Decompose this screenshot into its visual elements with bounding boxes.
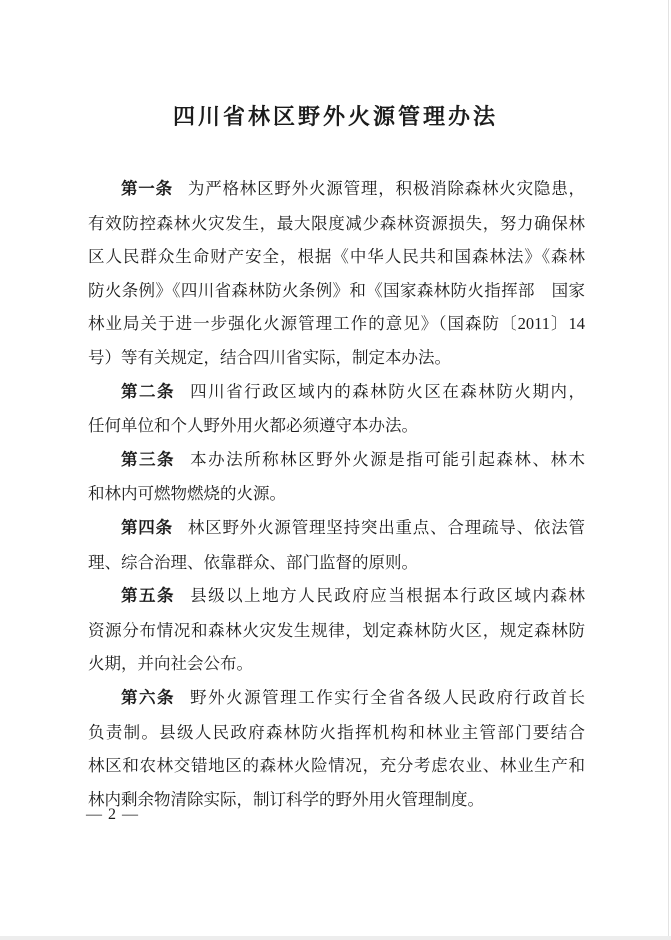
article-4: 第四条林区野外火源管理坚持突出重点、合理疏导、依法管 理、综合治理、依靠群众、部…	[88, 511, 585, 579]
article-line-text: 林区野外火源管理坚持突出重点、合理疏导、依法管	[188, 518, 585, 537]
text-line: 资源分布情况和森林火灾发生规律，划定森林防火区，规定森林防	[88, 614, 585, 648]
document-title: 四川省林区野外火源管理办法	[0, 100, 671, 131]
document-page: 四川省林区野外火源管理办法 第一条为严格林区野外火源管理，积极消除森林火灾隐患，…	[0, 0, 671, 940]
article-6: 第六条野外火源管理工作实行全省各级人民政府行政首长 负责制。县级人民政府森林防火…	[88, 681, 585, 816]
article-number: 第六条	[121, 689, 175, 707]
article-number: 第五条	[121, 587, 175, 605]
article-2: 第二条四川省行政区域内的森林防火区在森林防火期内， 任何单位和个人野外用火都必须…	[88, 375, 585, 443]
text-line: 第五条县级以上地方人民政府应当根据本行政区域内森林	[88, 579, 585, 614]
article-number: 第二条	[121, 383, 175, 401]
text-line: 理、综合治理、依靠群众、部门监督的原则。	[88, 546, 585, 580]
article-line-text: 县级以上地方人民政府应当根据本行政区域内森林	[190, 586, 585, 605]
article-line-text: 四川省行政区域内的森林防火区在森林防火期内，	[190, 382, 585, 401]
article-line-text: 为严格林区野外火源管理，积极消除森林火灾隐患，	[188, 179, 585, 198]
article-3: 第三条本办法所称林区野外火源是指可能引起森林、林木 和林内可燃物燃烧的火源。	[88, 443, 585, 511]
article-5: 第五条县级以上地方人民政府应当根据本行政区域内森林 资源分布情况和森林火灾发生规…	[88, 579, 585, 681]
text-line: 号）等有关规定，结合四川省实际，制定本办法。	[88, 341, 585, 375]
text-line: 第一条为严格林区野外火源管理，积极消除森林火灾隐患，	[88, 172, 585, 207]
article-number: 第三条	[121, 451, 175, 469]
article-line-text: 野外火源管理工作实行全省各级人民政府行政首长	[190, 688, 585, 707]
article-line-text: 本办法所称林区野外火源是指可能引起森林、林木	[190, 450, 585, 469]
page-number: — 2 —	[86, 806, 139, 824]
article-number: 第四条	[121, 519, 173, 537]
article-number: 第一条	[121, 180, 173, 198]
text-line: 第六条野外火源管理工作实行全省各级人民政府行政首长	[88, 681, 585, 716]
text-line: 和林内可燃物燃烧的火源。	[88, 477, 585, 511]
text-line: 任何单位和个人野外用火都必须遵守本办法。	[88, 409, 585, 443]
article-1: 第一条为严格林区野外火源管理，积极消除森林火灾隐患， 有效防控森林火灾发生，最大…	[88, 172, 585, 375]
text-line: 防火条例》《四川省森林防火条例》和《国家森林防火指挥部 国家	[88, 274, 585, 308]
document-body: 第一条为严格林区野外火源管理，积极消除森林火灾隐患， 有效防控森林火灾发生，最大…	[88, 172, 585, 816]
text-line: 林区和农林交错地区的森林火险情况，充分考虑农业、林业生产和	[88, 749, 585, 783]
text-line: 第四条林区野外火源管理坚持突出重点、合理疏导、依法管	[88, 511, 585, 546]
text-line: 第二条四川省行政区域内的森林防火区在森林防火期内，	[88, 375, 585, 410]
text-line: 负责制。县级人民政府森林防火指挥机构和林业主管部门要结合	[88, 716, 585, 750]
text-line: 林业局关于进一步强化火源管理工作的意见》（国森防〔2011〕14	[88, 307, 585, 341]
text-line: 火期，并向社会公布。	[88, 647, 585, 681]
text-line: 第三条本办法所称林区野外火源是指可能引起森林、林木	[88, 443, 585, 478]
text-line: 有效防控森林火灾发生，最大限度减少森林资源损失，努力确保林	[88, 207, 585, 241]
scan-edge-right	[668, 0, 669, 940]
text-line: 林内剩余物清除实际，制订科学的野外用火管理制度。	[88, 783, 585, 817]
text-line: 区人民群众生命财产安全，根据《中华人民共和国森林法》《森林	[88, 240, 585, 274]
scan-edge-bottom	[0, 936, 671, 940]
